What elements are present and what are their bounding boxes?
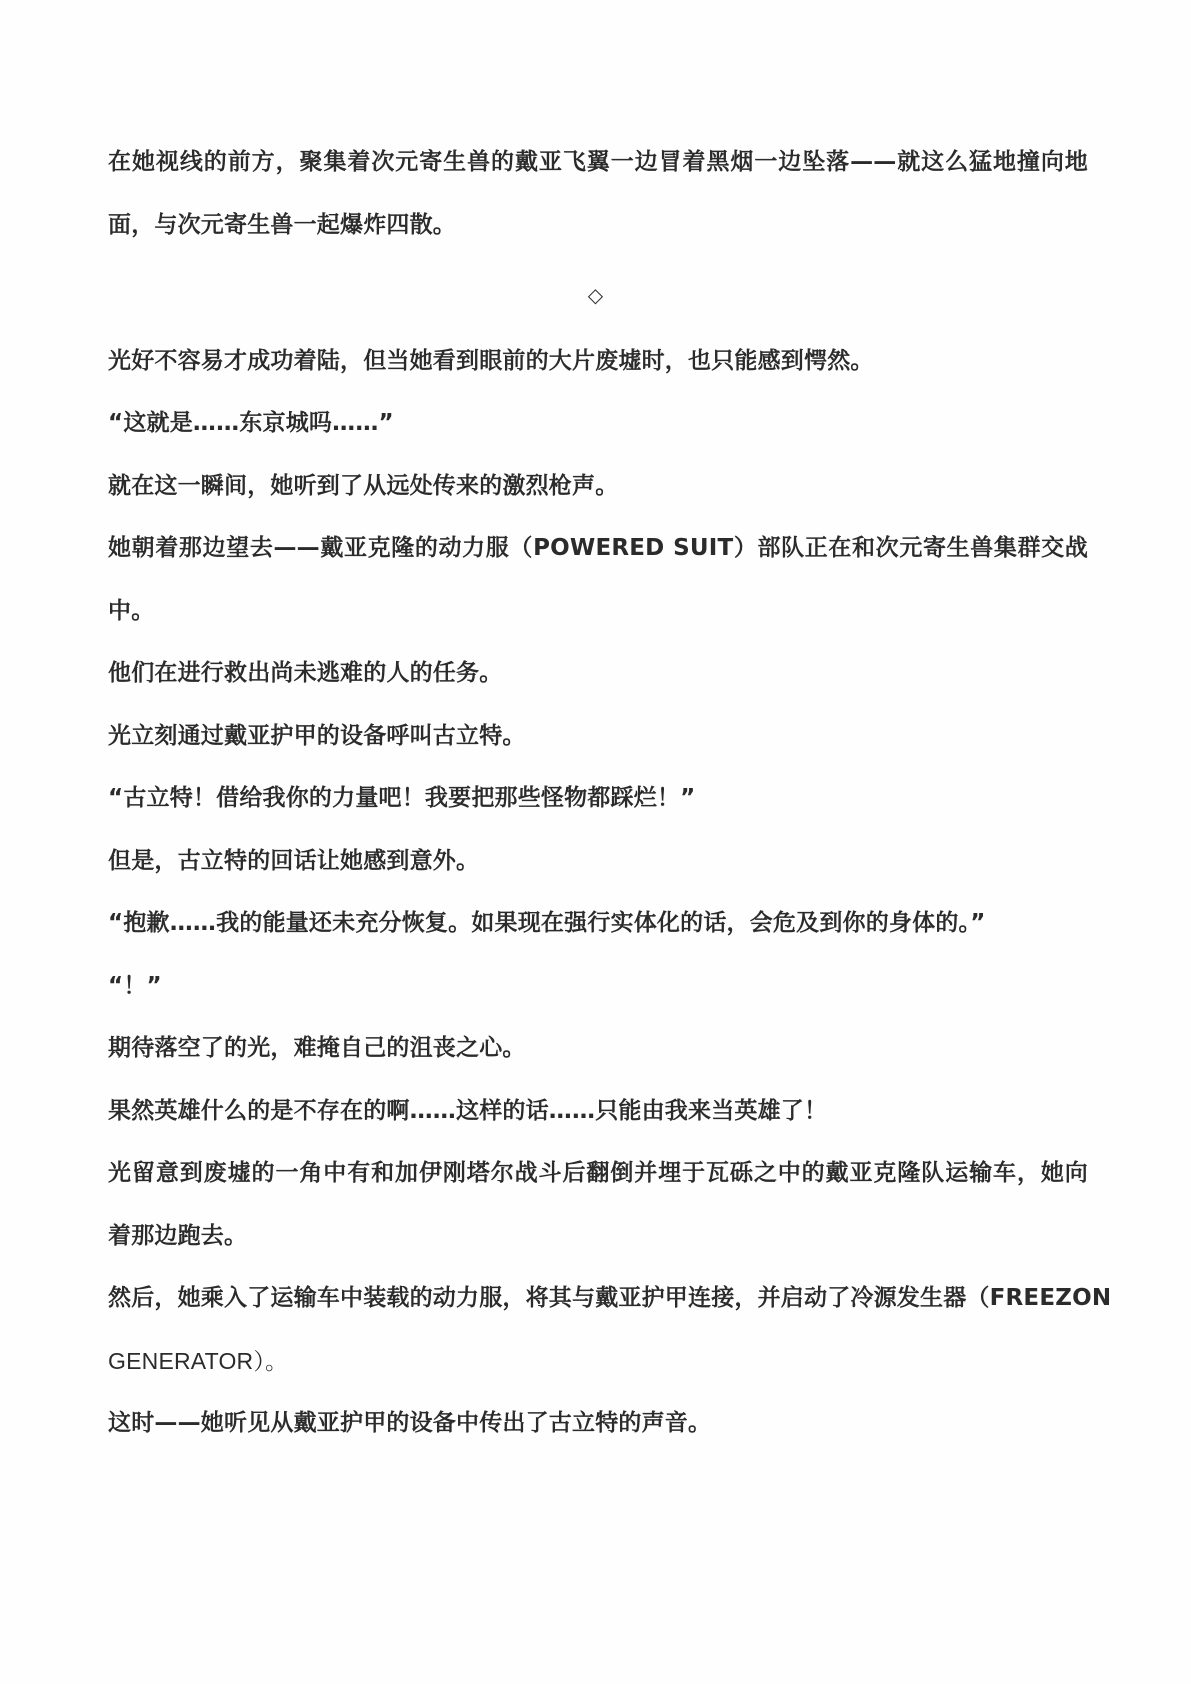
paragraph-line: “！” xyxy=(108,971,1088,1001)
paragraph-line: 他们在进行救出尚未逃难的人的任务。 xyxy=(108,658,1088,688)
section-separator-diamond-icon: ◇ xyxy=(0,283,1191,307)
paragraph-line: GENERATOR）。 xyxy=(108,1346,1088,1376)
paragraph-line: 中。 xyxy=(108,596,1088,626)
document-page: 在她视线的前方，聚集着次元寄生兽的戴亚飞翼一边冒着黑烟一边坠落——就这么猛地撞向… xyxy=(0,0,1191,1684)
paragraph-line: 光立刻通过戴亚护甲的设备呼叫古立特。 xyxy=(108,721,1088,751)
paragraph-line: “古立特！借给我你的力量吧！我要把那些怪物都踩烂！” xyxy=(108,783,1088,813)
paragraph-line: 但是，古立特的回话让她感到意外。 xyxy=(108,846,1088,876)
paragraph-line: “抱歉……我的能量还未充分恢复。如果现在强行实体化的话，会危及到你的身体的。” xyxy=(108,908,1088,938)
paragraph-line: 期待落空了的光，难掩自己的沮丧之心。 xyxy=(108,1033,1088,1063)
paragraph-line: “这就是……东京城吗……” xyxy=(108,408,1088,438)
paragraph-line: 就在这一瞬间，她听到了从远处传来的激烈枪声。 xyxy=(108,471,1088,501)
paragraph-line: 着那边跑去。 xyxy=(108,1221,1088,1251)
paragraph-line: 果然英雄什么的是不存在的啊……这样的话……只能由我来当英雄了！ xyxy=(108,1096,1088,1126)
paragraph-line: 光留意到废墟的一角中有和加伊刚塔尔战斗后翻倒并埋于瓦砾之中的戴亚克隆队运输车，她… xyxy=(108,1158,1088,1188)
paragraph-line: 然后，她乘入了运输车中装载的动力服，将其与戴亚护甲连接，并启动了冷源发生器（FR… xyxy=(108,1283,1088,1313)
paragraph-line: 这时——她听见从戴亚护甲的设备中传出了古立特的声音。 xyxy=(108,1408,1088,1438)
paragraph-line: 面，与次元寄生兽一起爆炸四散。 xyxy=(108,210,1088,240)
paragraph-line: 在她视线的前方，聚集着次元寄生兽的戴亚飞翼一边冒着黑烟一边坠落——就这么猛地撞向… xyxy=(108,147,1088,177)
paragraph-line: 光好不容易才成功着陆，但当她看到眼前的大片废墟时，也只能感到愕然。 xyxy=(108,346,1088,376)
paragraph-line: 她朝着那边望去——戴亚克隆的动力服（POWERED SUIT）部队正在和次元寄生… xyxy=(108,533,1088,563)
